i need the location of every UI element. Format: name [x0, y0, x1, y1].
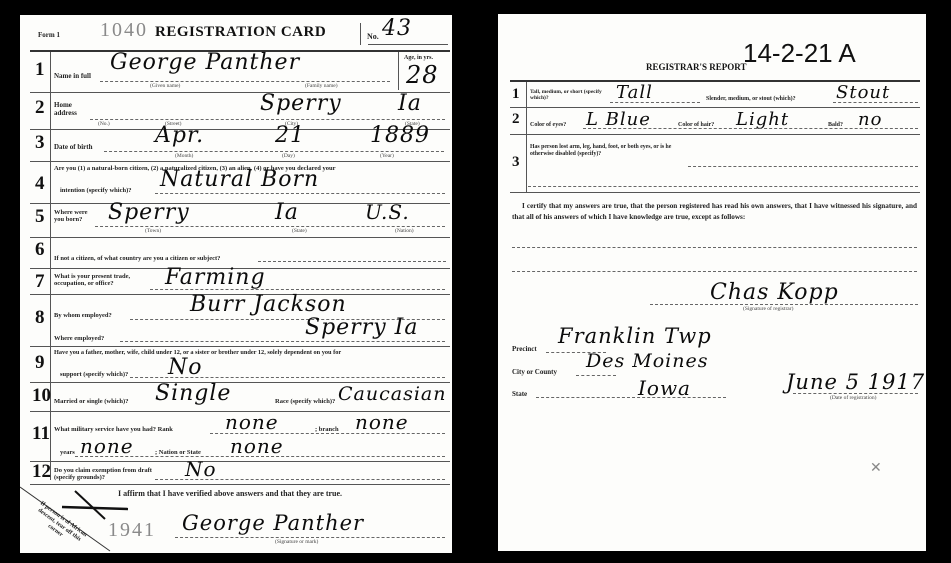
certify-text: I certify that my answers are true, that… [512, 201, 917, 223]
occupation-label: What is your present trade, occupation, … [54, 273, 134, 287]
branch-label: ; branch [315, 426, 339, 433]
row-number: 1 [512, 86, 520, 103]
military-nation: none [230, 434, 284, 458]
row-number: 12 [32, 461, 51, 483]
card-title: REGISTRATION CARD [155, 24, 326, 41]
affirm-text: I affirm that I have verified above answ… [118, 489, 342, 498]
where-employed-value: Sperry Ia [305, 315, 418, 340]
caption: (Year) [380, 153, 394, 159]
eye-color-label: Color of eyes? [530, 122, 566, 128]
dob-month: Apr. [155, 123, 204, 148]
row-number: 3 [512, 154, 520, 171]
card-number: 43 [382, 16, 412, 41]
birthplace-town: Sperry [108, 200, 190, 225]
row-number: 4 [35, 173, 45, 195]
form-label: Form 1 [38, 31, 60, 39]
hair-color-value: Light [736, 109, 789, 130]
military-label: What military service have you had? Rank [54, 426, 173, 433]
report-title: REGISTRAR'S REPORT [646, 62, 746, 72]
where-employed-label: Where employed? [54, 335, 104, 342]
row-number: 2 [512, 111, 520, 128]
military-branch: none [355, 410, 409, 434]
row-number: 11 [32, 423, 50, 445]
row-number: 10 [32, 385, 51, 407]
military-rank: none [225, 410, 279, 434]
birthplace-state: Ia [275, 200, 299, 225]
home-city: Sperry [260, 91, 342, 116]
registrar-caption: (Signature of registrar) [743, 306, 793, 312]
precinct-label: Precinct [512, 345, 537, 353]
employer-value: Burr Jackson [190, 292, 347, 317]
registration-date: June 5 1917 [786, 370, 925, 394]
citizen-country-label: If not a citizen, of what country are yo… [54, 255, 220, 262]
caption: (Town) [145, 228, 161, 234]
row-number: 5 [35, 206, 45, 228]
row-number: 3 [35, 132, 45, 154]
no-label: No. [367, 32, 379, 41]
years-label: years [60, 449, 75, 456]
birthplace-nation: U.S. [365, 200, 410, 224]
home-address-label: Home address [54, 101, 84, 117]
dob-day: 21 [275, 123, 305, 148]
caption: (No.) [98, 121, 110, 127]
state-label: State [512, 390, 527, 398]
marital-label: Married or single (which)? [54, 398, 128, 405]
row-number: 6 [35, 239, 45, 261]
name-value: George Panther [110, 50, 300, 75]
height-value: Tall [616, 82, 653, 103]
exemption-value: No [185, 457, 217, 481]
caption: (Given name) [150, 83, 180, 89]
stamp-number: 1040 [100, 19, 148, 42]
date-caption: (Date of registration) [830, 395, 876, 401]
occupation-value: Farming [165, 265, 266, 290]
caption: (Nation) [395, 228, 414, 234]
dob-year: 1889 [370, 123, 430, 148]
dependents-support-label: support (specify which)? [60, 371, 128, 378]
citizenship-intention-label: intention (specify which)? [60, 187, 132, 194]
registrant-signature: George Panther [182, 511, 364, 535]
serial-stamp: 14-2-21 A [743, 38, 856, 69]
dob-label: Date of birth [54, 143, 93, 151]
height-label: Tall, medium, or short (specify which)? [530, 89, 610, 101]
nation-state-label: ; Nation or State [155, 449, 201, 456]
race-label: Race (specify which)? [275, 398, 335, 405]
eye-color-value: L Blue [586, 109, 651, 130]
caption: (Day) [282, 153, 295, 159]
city-county-value: Des Moines [586, 350, 708, 372]
city-county-label: City or County [512, 368, 557, 376]
employer-label: By whom employed? [54, 312, 112, 319]
citizenship-value: Natural Born [160, 167, 319, 192]
marital-value: Single [155, 381, 231, 406]
race-value: Caucasian [338, 383, 446, 405]
birthplace-label: Where were you born? [54, 209, 94, 223]
registrars-report: REGISTRAR'S REPORT 14-2-21 A 1 Tall, med… [498, 14, 926, 551]
signature-caption: (Signature or mark) [275, 539, 318, 545]
home-state: Ia [398, 91, 422, 116]
smudge-mark: ✕ [870, 460, 882, 477]
name-label: Name in full [54, 72, 91, 80]
age-value: 28 [406, 61, 439, 89]
row-number: 2 [35, 97, 45, 119]
registration-card: Form 1 1040 REGISTRATION CARD No. 43 1 N… [20, 15, 452, 553]
military-years: none [80, 434, 134, 458]
row-number: 1 [35, 59, 45, 81]
exemption-label: Do you claim exemption from draft (speci… [54, 467, 164, 481]
registrar-signature: Chas Kopp [710, 280, 839, 305]
precinct-value: Franklin Twp [558, 324, 712, 348]
build-value: Stout [836, 82, 890, 103]
caption: (Family name) [305, 83, 338, 89]
caption: (State) [292, 228, 307, 234]
row-number: 9 [35, 352, 45, 374]
disability-label: Has person lost arm, leg, hand, foot, or… [530, 144, 690, 158]
bald-value: no [858, 109, 882, 130]
build-label: Slender, medium, or stout (which)? [706, 96, 796, 102]
row-number: 7 [35, 271, 45, 293]
row-number: 8 [35, 307, 45, 329]
caption: (Month) [175, 153, 193, 159]
